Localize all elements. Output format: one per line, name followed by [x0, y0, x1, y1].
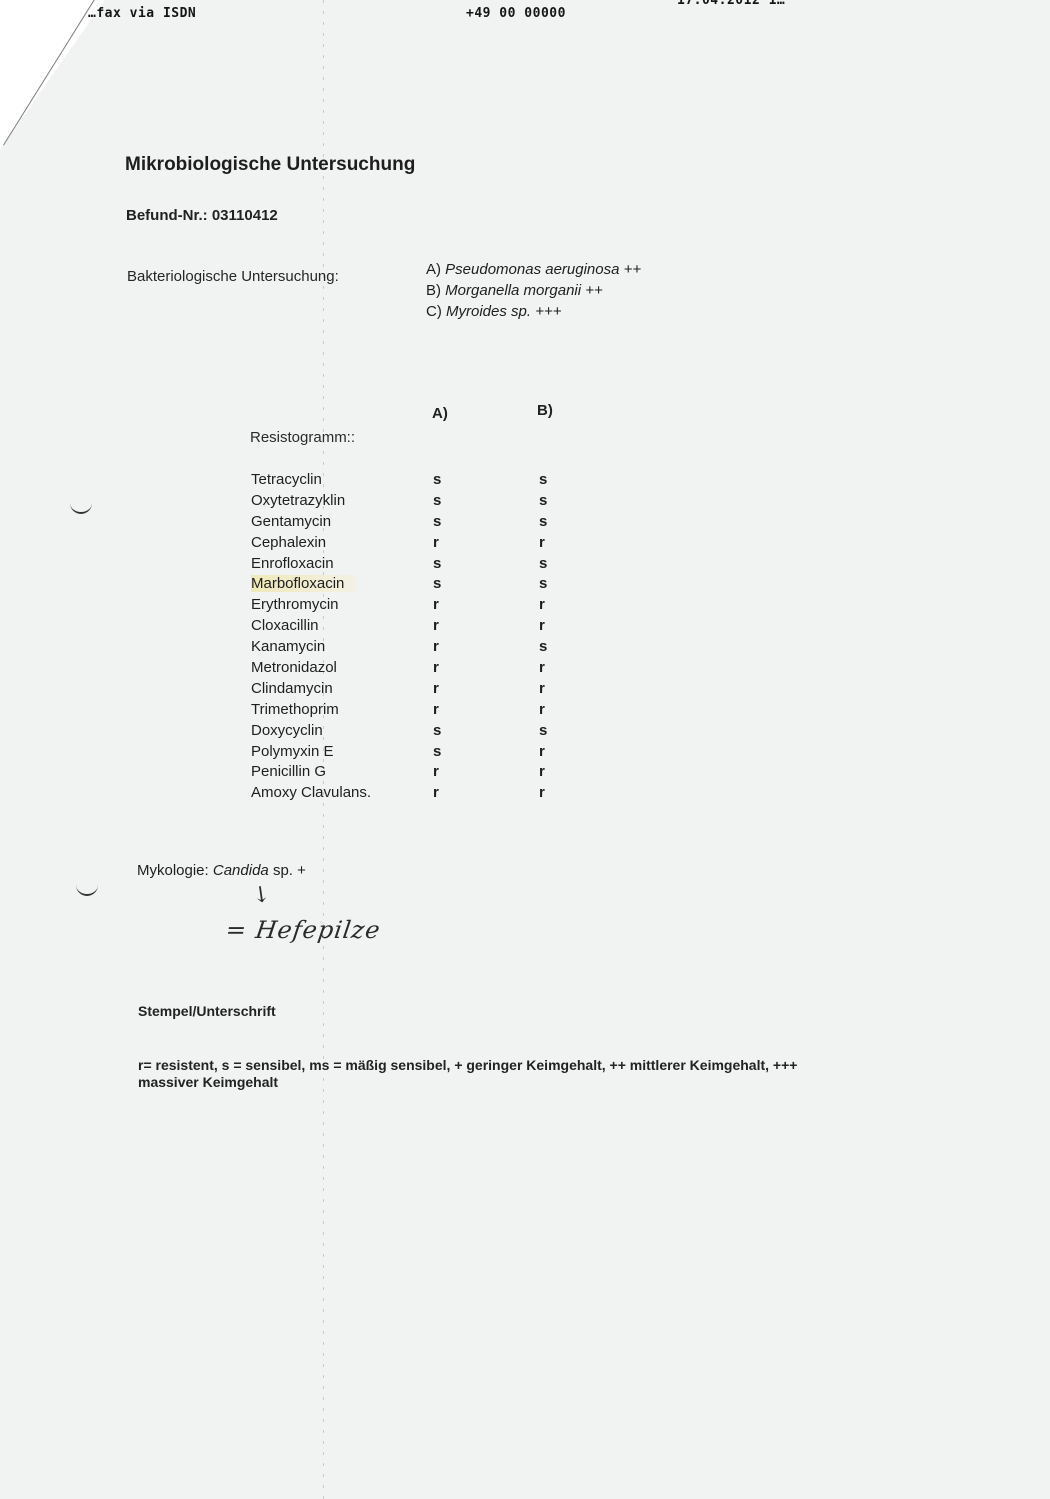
organism-key: C) — [426, 303, 442, 320]
organism-key: B) — [426, 282, 441, 299]
result-a-cell: s — [431, 741, 539, 762]
table-row: Gentamycinss — [251, 511, 579, 532]
result-b-cell: r — [539, 678, 579, 699]
result-a-cell: r — [431, 657, 539, 678]
drug-name: Erythromycin — [251, 596, 339, 613]
organism-key: A) — [426, 261, 441, 278]
drug-name: Tetracyclin — [251, 471, 322, 488]
resistogramm-table: TetracyclinssOxytetrazyklinssGentamycins… — [251, 469, 579, 803]
margin-check-mark — [76, 884, 98, 896]
befund-number: 03110412 — [212, 207, 278, 224]
result-b-cell: r — [539, 782, 579, 803]
drug-name-cell: Doxycyclin — [251, 720, 431, 741]
result-b-cell: s — [539, 469, 579, 490]
drug-name: Penicillin G — [251, 763, 326, 780]
result-a-cell: r — [431, 761, 539, 782]
result-b-cell: r — [539, 699, 579, 720]
result-a-cell: s — [431, 490, 539, 511]
drug-name-cell: Cephalexin — [251, 532, 431, 553]
organism-name: Myroides sp. — [446, 303, 531, 320]
organism-list: A) Pseudomonas aeruginosa ++B) Morganell… — [426, 259, 641, 322]
drug-name: Cloxacillin — [251, 617, 319, 634]
legend-text: r= resistent, s = sensibel, ms = mäßig s… — [138, 1057, 838, 1091]
result-b-cell: r — [539, 741, 579, 762]
fax-sender: …fax via ISDN — [88, 6, 196, 21]
handwritten-note: = Hefepilze — [224, 916, 382, 944]
drug-name: Enrofloxacin — [251, 555, 334, 572]
result-b-cell: s — [539, 720, 579, 741]
table-row: Marbofloxacinss — [251, 573, 579, 594]
result-a-cell: s — [431, 469, 539, 490]
result-a-cell: r — [431, 532, 539, 553]
drug-name-cell: Clindamycin — [251, 678, 431, 699]
table-row: Oxytetrazyklinss — [251, 490, 579, 511]
mykologie-load: + — [297, 862, 306, 879]
drug-name: Kanamycin — [251, 638, 325, 655]
result-a-cell: s — [431, 511, 539, 532]
stamp-signature-label: Stempel/Unterschrift — [138, 1003, 276, 1019]
drug-name-cell: Gentamycin — [251, 511, 431, 532]
fax-number: +49 00 00000 — [466, 6, 566, 21]
scanned-fax-page: …fax via ISDN +49 00 00000 17.04.2012 1…… — [0, 0, 1050, 1499]
result-a-cell: s — [431, 573, 539, 594]
result-a-cell: s — [431, 553, 539, 574]
result-a-cell: r — [431, 782, 539, 803]
mykologie-genus: Candida — [213, 862, 269, 879]
table-row: Metronidazolrr — [251, 657, 579, 678]
result-b-cell: r — [539, 615, 579, 636]
result-a-cell: s — [431, 720, 539, 741]
result-b-cell: s — [539, 511, 579, 532]
table-row: Clindamycinrr — [251, 678, 579, 699]
bakteriologie-label: Bakteriologische Untersuchung: — [127, 268, 339, 285]
mykologie-label: Mykologie: — [137, 862, 209, 879]
result-a-cell: r — [431, 699, 539, 720]
befund-number-line: Befund-Nr.: 03110412 — [126, 207, 278, 224]
drug-name-cell: Penicillin G — [251, 761, 431, 782]
drug-name-cell: Kanamycin — [251, 636, 431, 657]
drug-name: Metronidazol — [251, 659, 337, 676]
drug-name: Clindamycin — [251, 680, 333, 697]
drug-name: Doxycyclin — [251, 722, 323, 739]
drug-name-cell: Polymyxin E — [251, 741, 431, 762]
drug-name-cell: Tetracyclin — [251, 469, 431, 490]
result-b-cell: r — [539, 532, 579, 553]
result-a-cell: r — [431, 594, 539, 615]
margin-check-mark — [70, 502, 92, 514]
organism-name: Morganella morganii — [445, 282, 581, 299]
column-header-b: B) — [537, 402, 553, 419]
resistogramm-label: Resistogramm:: — [250, 429, 355, 446]
table-row: Trimethoprimrr — [251, 699, 579, 720]
drug-name: Polymyxin E — [251, 743, 334, 760]
result-a-cell: r — [431, 615, 539, 636]
handwritten-arrow-icon: ↓ — [250, 882, 272, 909]
drug-name: Gentamycin — [251, 513, 331, 530]
drug-name: Trimethoprim — [251, 701, 339, 718]
table-row: Cloxacillinrr — [251, 615, 579, 636]
result-b-cell: s — [539, 636, 579, 657]
result-b-cell: s — [539, 490, 579, 511]
drug-name-cell: Cloxacillin — [251, 615, 431, 636]
result-b-cell: r — [539, 657, 579, 678]
befund-label: Befund-Nr.: — [126, 207, 208, 224]
result-a-cell: r — [431, 636, 539, 657]
drug-name-cell: Oxytetrazyklin — [251, 490, 431, 511]
drug-name-cell: Marbofloxacin — [251, 573, 431, 594]
fax-date: 17.04.2012 1… — [677, 0, 785, 8]
table-row: Doxycyclinss — [251, 720, 579, 741]
table-row: Polymyxin Esr — [251, 741, 579, 762]
table-row: Penicillin Grr — [251, 761, 579, 782]
result-b-cell: s — [539, 573, 579, 594]
result-b-cell: s — [539, 553, 579, 574]
table-row: Enrofloxacinss — [251, 553, 579, 574]
result-b-cell: r — [539, 594, 579, 615]
organism-name: Pseudomonas aeruginosa — [445, 261, 619, 278]
organism-load: ++ — [585, 282, 603, 299]
organism-item: A) Pseudomonas aeruginosa ++ — [426, 259, 641, 280]
table-row: Kanamycinrs — [251, 636, 579, 657]
drug-name: Oxytetrazyklin — [251, 492, 345, 509]
drug-name-cell: Metronidazol — [251, 657, 431, 678]
organism-load: ++ — [624, 261, 642, 278]
document-title: Mikrobiologische Untersuchung — [125, 154, 415, 176]
result-a-cell: r — [431, 678, 539, 699]
drug-name-cell: Amoxy Clavulans. — [251, 782, 431, 803]
column-header-a: A) — [432, 405, 448, 422]
drug-name: Marbofloxacin — [251, 575, 356, 592]
table-row: Tetracyclinss — [251, 469, 579, 490]
organism-item: C) Myroides sp. +++ — [426, 301, 641, 322]
drug-name: Cephalexin — [251, 534, 326, 551]
drug-name: Amoxy Clavulans. — [251, 784, 371, 801]
folded-corner — [0, 0, 105, 150]
mykologie-species: sp. — [273, 862, 293, 879]
table-row: Erythromycinrr — [251, 594, 579, 615]
organism-item: B) Morganella morganii ++ — [426, 280, 641, 301]
mykologie-line: Mykologie: Candida sp. + — [137, 862, 306, 879]
drug-name-cell: Erythromycin — [251, 594, 431, 615]
table-row: Amoxy Clavulans.rr — [251, 782, 579, 803]
organism-load: +++ — [535, 303, 561, 320]
drug-name-cell: Trimethoprim — [251, 699, 431, 720]
result-b-cell: r — [539, 761, 579, 782]
table-row: Cephalexinrr — [251, 532, 579, 553]
drug-name-cell: Enrofloxacin — [251, 553, 431, 574]
